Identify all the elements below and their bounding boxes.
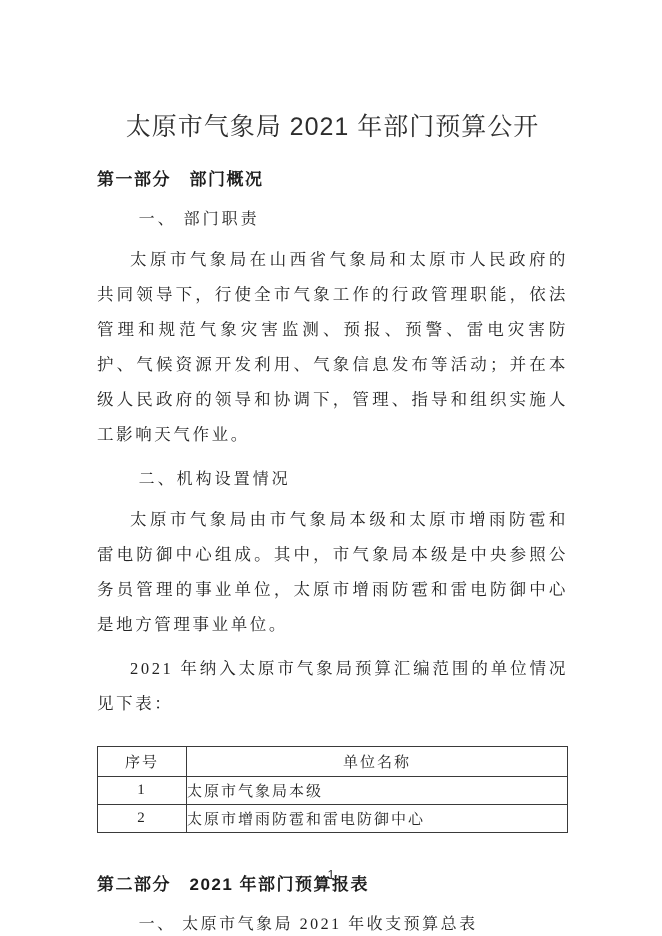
table-cell-serial-2: 2 [98, 805, 187, 833]
paragraph-table-intro: 2021 年纳入太原市气象局预算汇编范围的单位情况见下表： [97, 651, 568, 721]
table-cell-unit-1: 太原市气象局本级 [187, 777, 568, 805]
table-header-unit-name: 单位名称 [187, 747, 568, 777]
section1-sub1-heading: 一、 部门职责 [97, 207, 568, 233]
table-header-row: 序号 单位名称 [98, 747, 568, 777]
table-row: 1 太原市气象局本级 [98, 777, 568, 805]
paragraph-organization-setup: 太原市气象局由市气象局本级和太原市增雨防雹和雷电防御中心组成。其中，市气象局本级… [97, 502, 568, 642]
section1-heading: 第一部分 部门概况 [97, 168, 568, 192]
paragraph-department-duties: 太原市气象局在山西省气象局和太原市人民政府的共同领导下，行使全市气象工作的行政管… [97, 242, 568, 452]
table-header-serial-number: 序号 [98, 747, 187, 777]
table-cell-serial-1: 1 [98, 777, 187, 805]
table-cell-unit-2: 太原市增雨防雹和雷电防御中心 [187, 805, 568, 833]
section2-sub1-heading: 一、 太原市气象局 2021 年收支预算总表 [97, 912, 568, 936]
page-title: 太原市气象局 2021 年部门预算公开 [97, 110, 568, 144]
document-page: 太原市气象局 2021 年部门预算公开 第一部分 部门概况 一、 部门职责 太原… [0, 0, 662, 936]
budget-units-table: 序号 单位名称 1 太原市气象局本级 2 太原市增雨防雹和雷电防御中心 [97, 746, 568, 833]
page-number: 1 [0, 867, 662, 882]
table-row: 2 太原市增雨防雹和雷电防御中心 [98, 805, 568, 833]
section1-sub2-heading: 二、机构设置情况 [97, 467, 568, 493]
